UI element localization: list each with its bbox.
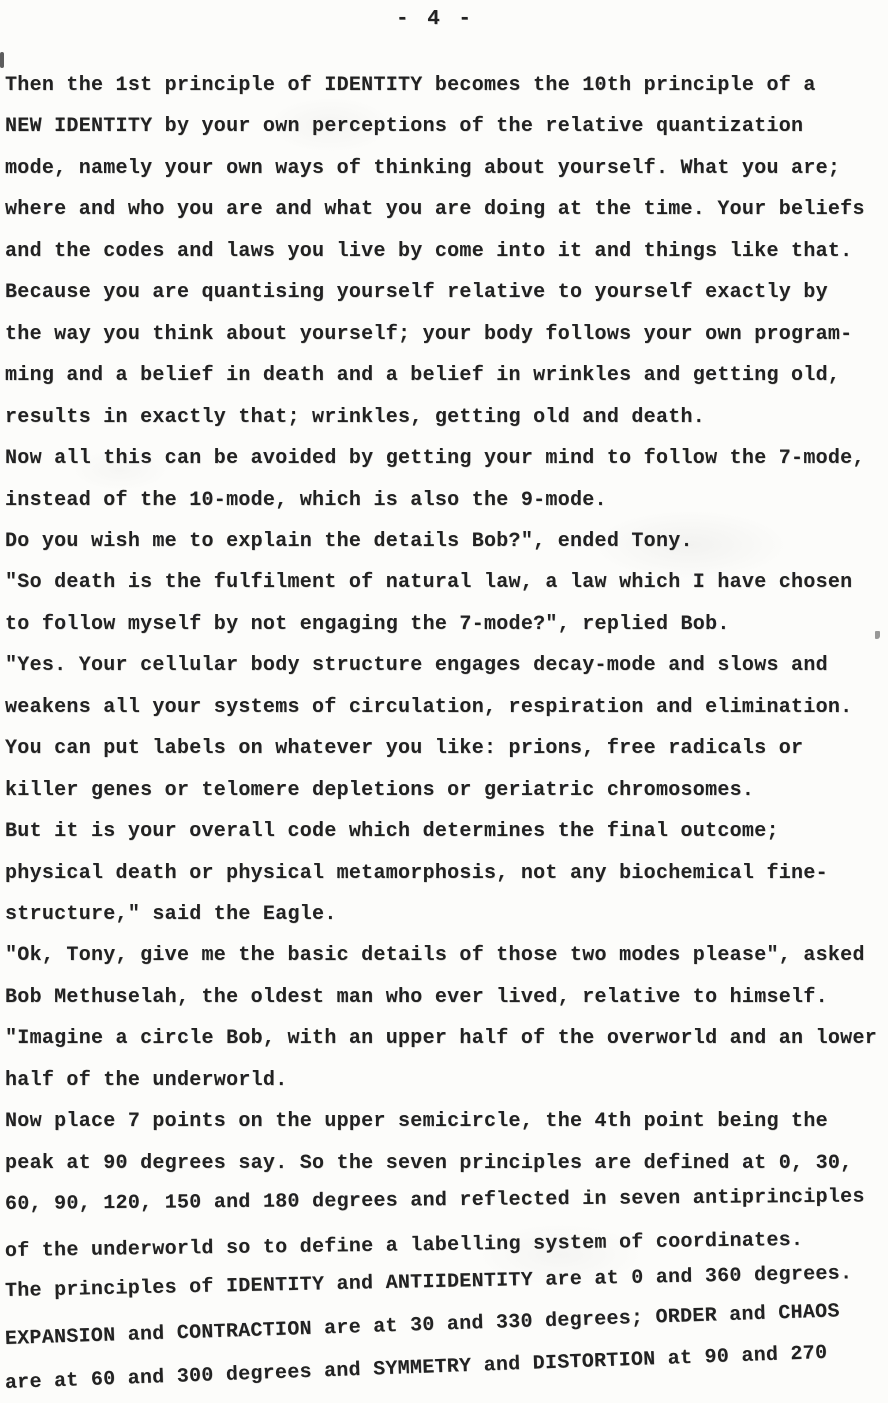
text-line: Now place 7 points on the upper semicirc… [5,1110,828,1134]
text-line: the way you think about yourself; your b… [5,323,852,347]
text-line: killer genes or telomere depletions or g… [5,779,754,803]
text-line: 60, 90, 120, 150 and 180 degrees and ref… [5,1186,865,1218]
text-line: and the codes and laws you live by come … [5,240,852,264]
text-line: "Yes. Your cellular body structure engag… [5,654,828,678]
page-number: - 4 - [396,8,474,31]
text-line: The principles of IDENTITY and ANTIIDENT… [5,1262,853,1304]
text-line: "Ok, Tony, give me the basic details of … [5,944,865,968]
text-line: are at 60 and 300 degrees and SYMMETRY a… [5,1342,828,1396]
text-line: weakens all your systems of circulation,… [5,696,852,720]
text-line: Bob Methuselah, the oldest man who ever … [5,986,828,1010]
text-line: NEW IDENTITY by your own perceptions of … [5,115,803,139]
text-line: You can put labels on whatever you like:… [5,737,803,761]
text-line: Now all this can be avoided by getting y… [5,447,865,471]
text-line: ming and a belief in death and a belief … [5,364,840,388]
text-line: Then the 1st principle of IDENTITY becom… [5,74,816,98]
text-line: EXPANSION and CONTRACTION are at 30 and … [5,1300,841,1352]
text-line: "So death is the fulfilment of natural l… [5,571,852,595]
text-line: Because you are quantising yourself rela… [5,281,828,305]
text-line: Do you wish me to explain the details Bo… [5,530,693,554]
text-line: structure," said the Eagle. [5,903,337,927]
text-line: half of the underworld. [5,1069,288,1093]
scan-artifact-mark [0,52,4,68]
text-line: to follow myself by not engaging the 7-m… [5,613,730,637]
text-line: peak at 90 degrees say. So the seven pri… [5,1152,852,1176]
typewritten-page: - 4 - Then the 1st principle of IDENTITY… [0,0,888,1403]
text-line: results in exactly that; wrinkles, getti… [5,406,705,430]
scan-artifact-mark [875,631,880,639]
text-line: mode, namely your own ways of thinking a… [5,157,840,181]
text-line: of the underworld so to define a labelli… [5,1228,804,1263]
text-line: where and who you are and what you are d… [5,198,865,222]
text-line: instead of the 10-mode, which is also th… [5,489,607,513]
text-line: physical death or physical metamorphosis… [5,862,828,886]
text-line: But it is your overall code which determ… [5,820,779,844]
text-line: "Imagine a circle Bob, with an upper hal… [5,1027,877,1051]
